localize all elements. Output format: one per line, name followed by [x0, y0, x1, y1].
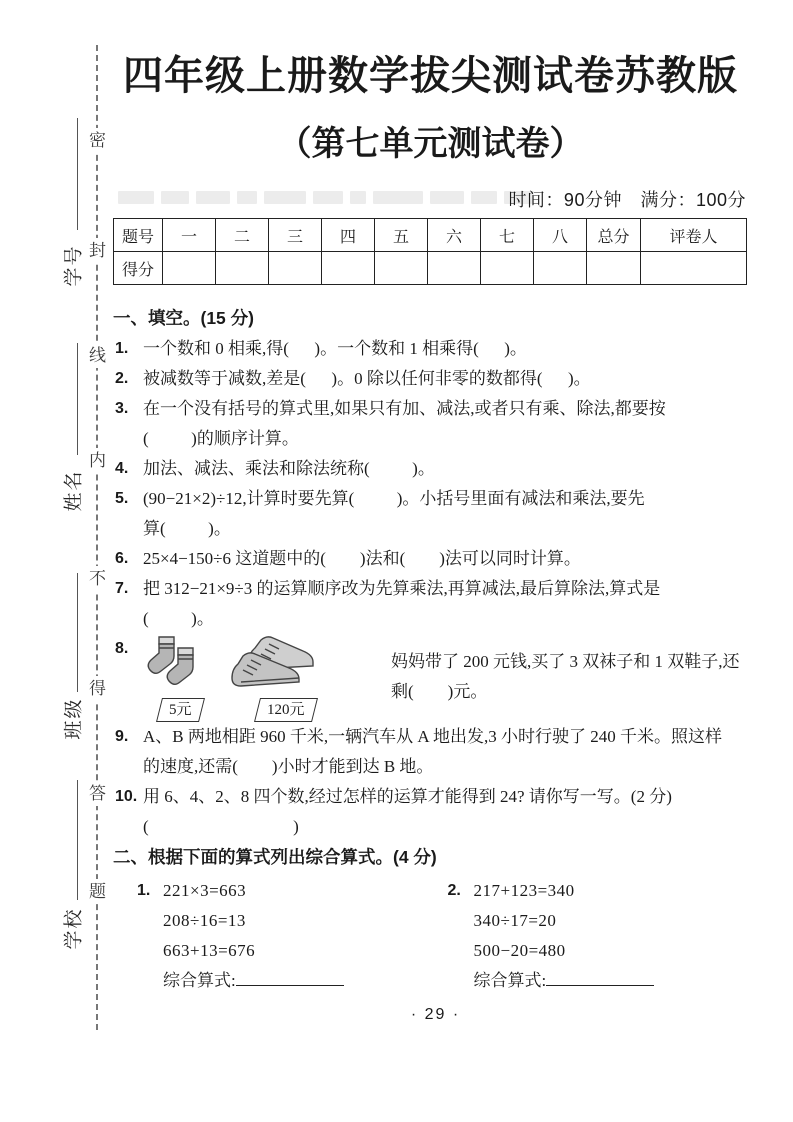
seal-char: 线 [88, 343, 107, 368]
seal-char: 答 [88, 781, 107, 806]
question-1-number: 1. [115, 334, 128, 364]
score-header-cell: 题号 [114, 219, 163, 252]
question-2-text: 被减数等于减数,差是( )。0 除以任何非零的数都得( )。 [143, 364, 758, 394]
question-7-text: ( )。 [143, 604, 758, 634]
problem-2-equation: 500−20=480 [474, 936, 759, 966]
student-number-blank-line [77, 118, 78, 230]
question-6-text: 25×4−150÷6 这道题中的( )法和( )法可以同时计算。 [143, 544, 758, 574]
name-blank-line [77, 343, 78, 455]
seal-char: 不 [88, 566, 107, 591]
question-8-pictures: 5元 120元 [145, 634, 341, 722]
class-label: 班级 [59, 696, 86, 742]
score-header-cell: 三 [269, 219, 322, 252]
question-1: 1. 一个数和 0 相乘,得( )。一个数和 1 相乘得( )。 [113, 334, 758, 364]
school-label: 学校 [59, 906, 86, 952]
question-9-text: 的速度,还需( )小时才能到达 B 地。 [143, 752, 758, 782]
score-empty-cell [269, 252, 322, 285]
score-header-cell: 六 [428, 219, 481, 252]
socks-icon [145, 634, 215, 695]
problem-2-answer-row: 综合算式: [474, 966, 759, 996]
section-1-heading: 一、填空。(15 分) [113, 306, 758, 334]
seal-char: 封 [88, 238, 107, 263]
question-7: 7. 把 312−21×9÷3 的运算顺序改为先算乘法,再算减法,最后算除法,算… [113, 574, 758, 634]
score-empty-cell [587, 252, 641, 285]
test-paper-page: 密 封 线 内 不 得 答 题 学号 姓名 班级 学校 四年级上册数学拔尖测试卷… [0, 0, 793, 1122]
question-5-text: (90−21×2)÷12,计算时要先算( )。小括号里面有减法和乘法,要先 [143, 484, 758, 514]
sneakers-icon [231, 634, 341, 695]
socks-price-tag: 5元 [156, 698, 204, 722]
score-empty-cell [428, 252, 481, 285]
score-empty-cell [481, 252, 534, 285]
question-5-text: 算( )。 [143, 514, 758, 544]
problem-1: 1. 221×3=663 208÷16=13 663+13=676 综合算式: [137, 876, 448, 996]
problem-2-number: 2. [448, 876, 461, 906]
score-empty-cell [641, 252, 747, 285]
score-empty-cell [163, 252, 216, 285]
name-label: 姓名 [59, 468, 86, 514]
class-blank-line [77, 573, 78, 692]
question-10-text: 用 6、4、2、8 四个数,经过怎样的运算才能得到 24? 请你写一写。(2 分… [143, 782, 758, 812]
seal-char: 得 [88, 676, 107, 701]
question-6: 6. 25×4−150÷6 这道题中的( )法和( )法可以同时计算。 [113, 544, 758, 574]
question-10-number: 10. [115, 782, 137, 812]
score-empty-cell [216, 252, 269, 285]
score-empty-cell [322, 252, 375, 285]
score-header-cell: 四 [322, 219, 375, 252]
question-5: 5. (90−21×2)÷12,计算时要先算( )。小括号里面有减法和乘法,要先… [113, 484, 758, 544]
seal-char: 密 [88, 128, 107, 153]
paper-title: 四年级上册数学拔尖测试卷苏教版 [113, 44, 748, 101]
problem-1-answer-row: 综合算式: [163, 966, 448, 996]
score-header-cell: 七 [481, 219, 534, 252]
score-table-header-row: 题号 一 二 三 四 五 六 七 八 总分 评卷人 [114, 219, 747, 252]
question-2-number: 2. [115, 364, 128, 394]
question-1-text: 一个数和 0 相乘,得( )。一个数和 1 相乘得( )。 [143, 334, 758, 364]
page-number: · 29 · [113, 1006, 758, 1024]
score-header-cell: 评卷人 [641, 219, 747, 252]
problem-2-answer-blank [546, 972, 654, 986]
faint-watermark [118, 191, 534, 204]
score-row-label: 得分 [114, 252, 163, 285]
question-4-number: 4. [115, 454, 128, 484]
section-2-problems: 1. 221×3=663 208÷16=13 663+13=676 综合算式: … [113, 876, 758, 996]
question-2: 2. 被减数等于减数,差是( )。0 除以任何非零的数都得( )。 [113, 364, 758, 394]
sneakers-price-tag: 120元 [254, 698, 317, 722]
question-3-text: 在一个没有括号的算式里,如果只有加、减法,或者只有乘、除法,都要按 [143, 394, 758, 424]
question-3: 3. 在一个没有括号的算式里,如果只有加、减法,或者只有乘、除法,都要按 ( )… [113, 394, 758, 454]
question-7-text: 把 312−21×9÷3 的运算顺序改为先算乘法,再算减法,最后算除法,算式是 [143, 574, 758, 604]
score-header-cell: 总分 [587, 219, 641, 252]
score-header-cell: 二 [216, 219, 269, 252]
score-table: 题号 一 二 三 四 五 六 七 八 总分 评卷人 得分 [113, 218, 747, 285]
problem-2: 2. 217+123=340 340÷17=20 500−20=480 综合算式… [448, 876, 759, 996]
question-9-number: 9. [115, 722, 128, 752]
question-5-number: 5. [115, 484, 128, 514]
question-8-number: 8. [115, 634, 128, 664]
question-6-number: 6. [115, 544, 128, 574]
question-10: 10. 用 6、4、2、8 四个数,经过怎样的运算才能得到 24? 请你写一写。… [113, 782, 758, 842]
time-and-score-info: 时间：90分钟 满分：100分 [508, 186, 746, 212]
student-number-label: 学号 [59, 243, 86, 289]
problem-2-answer-label: 综合算式: [474, 971, 547, 990]
question-10-text: ( ) [143, 812, 758, 842]
problem-1-number: 1. [137, 876, 150, 906]
problem-1-equation: 208÷16=13 [163, 906, 448, 936]
socks-price-group: 5元 [145, 634, 215, 722]
question-8-text-line: 剩( )元。 [391, 677, 758, 707]
section-2-heading: 二、根据下面的算式列出综合算式。(4 分) [113, 842, 758, 872]
question-9-text: A、B 两地相距 960 千米,一辆汽车从 A 地出发,3 小时行驶了 240 … [143, 722, 758, 752]
question-8-text: 妈妈带了 200 元钱,买了 3 双袜子和 1 双鞋子,还 剩( )元。 [391, 634, 758, 707]
score-table-score-row: 得分 [114, 252, 747, 285]
question-8: 8. 5元 [113, 634, 758, 722]
problem-1-answer-label: 综合算式: [163, 971, 236, 990]
question-7-number: 7. [115, 574, 128, 604]
sneakers-price-group: 120元 [231, 634, 341, 722]
paper-body: 一、填空。(15 分) 1. 一个数和 0 相乘,得( )。一个数和 1 相乘得… [113, 306, 758, 1024]
problem-2-equation: 340÷17=20 [474, 906, 759, 936]
score-header-cell: 八 [534, 219, 587, 252]
problem-1-equation: 221×3=663 [163, 876, 448, 906]
paper-subtitle: （第七单元测试卷） [113, 116, 748, 165]
problem-1-equation: 663+13=676 [163, 936, 448, 966]
school-blank-line [77, 780, 78, 900]
question-4-text: 加法、减法、乘法和除法统称( )。 [143, 454, 758, 484]
question-8-text-line: 妈妈带了 200 元钱,买了 3 双袜子和 1 双鞋子,还 [391, 647, 758, 677]
seal-char: 内 [88, 448, 107, 473]
score-empty-cell [534, 252, 587, 285]
seal-char: 题 [88, 879, 107, 904]
question-9: 9. A、B 两地相距 960 千米,一辆汽车从 A 地出发,3 小时行驶了 2… [113, 722, 758, 782]
score-header-cell: 五 [375, 219, 428, 252]
question-3-number: 3. [115, 394, 128, 424]
problem-2-equation: 217+123=340 [474, 876, 759, 906]
question-4: 4. 加法、减法、乘法和除法统称( )。 [113, 454, 758, 484]
score-empty-cell [375, 252, 428, 285]
question-3-text: ( )的顺序计算。 [143, 424, 758, 454]
score-header-cell: 一 [163, 219, 216, 252]
problem-1-answer-blank [236, 972, 344, 986]
